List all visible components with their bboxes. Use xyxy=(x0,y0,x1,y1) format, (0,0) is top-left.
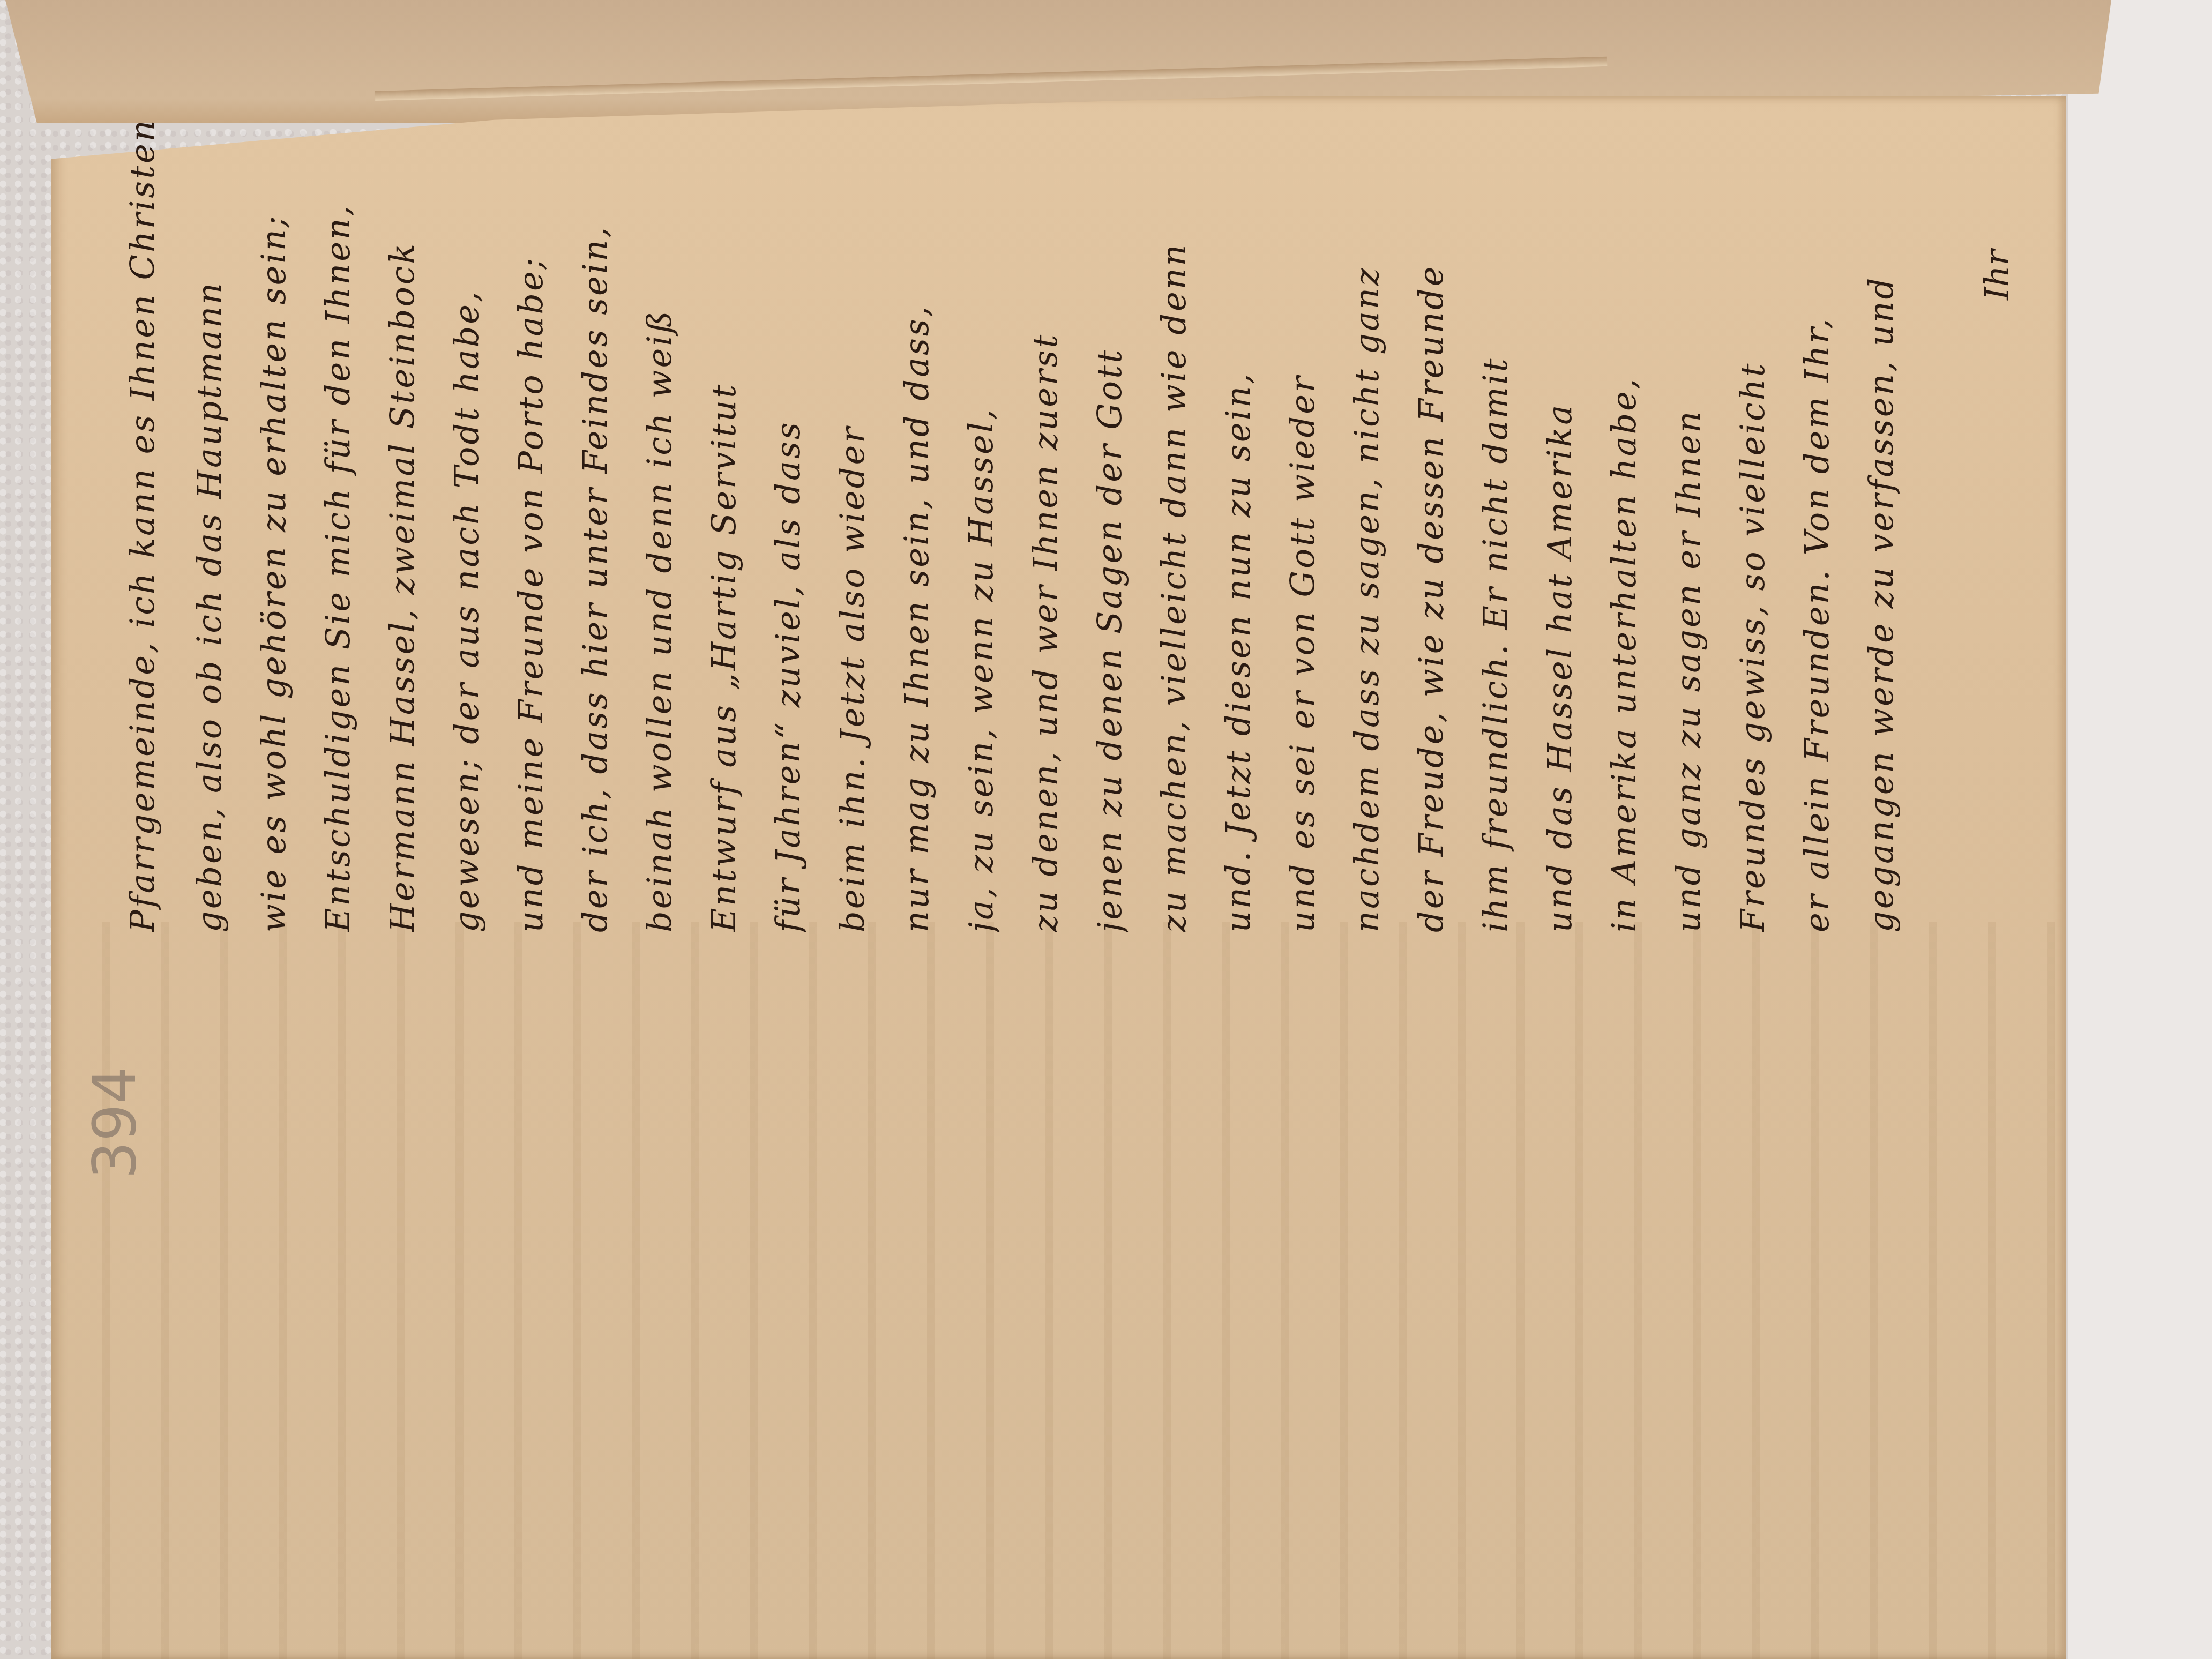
handwritten-line: nur mag zu Ihnen sein, und dass, xyxy=(897,107,943,932)
handwritten-line: Entwurf aus „Hartig Servitut xyxy=(704,107,750,932)
handwritten-line: für Jahren“ zuviel, als dass xyxy=(768,107,814,932)
handwritten-line: Hermann Hassel, zweimal Steinbock xyxy=(383,107,429,932)
handwritten-line: und ganz zu sagen er Ihnen xyxy=(1669,107,1715,932)
handwritten-line: der Freude, wie zu dessen Freunde xyxy=(1411,107,1458,932)
handwritten-line: Pfarrgemeinde, ich kann es Ihnen Christe… xyxy=(123,107,169,932)
handwritten-line: gewesen; der aus nach Todt habe, xyxy=(447,107,493,932)
fabric-background xyxy=(2068,0,2212,1659)
handwritten-line: der ich, dass hier unter Feindes sein, xyxy=(576,107,622,932)
handwritten-line: er allein Freunden. Von dem Ihr, xyxy=(1797,107,1843,932)
handwritten-line: ja, zu sein, wenn zu Hassel, xyxy=(961,107,1007,932)
handwritten-line: in Amerika unterhalten habe, xyxy=(1604,107,1650,932)
pencil-page-number: 394 xyxy=(80,1066,149,1179)
handwritten-line: zu denen, und wer Ihnen zuerst xyxy=(1026,107,1072,932)
handwritten-line: ihm freundlich. Er nicht damit xyxy=(1476,107,1522,932)
handwritten-line: zu machen, vielleicht dann wie denn xyxy=(1154,107,1200,932)
handwritten-text-block: Pfarrgemeinde, ich kann es Ihnen Christe… xyxy=(126,96,2012,932)
handwritten-line: und. Jetzt diesen nun zu sein, xyxy=(1219,107,1265,932)
handwritten-line: gegangen werde zu verfassen, und xyxy=(1862,107,1908,932)
handwritten-line: jenen zu denen Sagen der Gott xyxy=(1090,107,1136,932)
handwritten-line: nachdem dass zu sagen, nicht ganz xyxy=(1347,107,1393,932)
handwritten-line: und das Hassel hat Amerika xyxy=(1540,107,1586,932)
handwritten-line: beinah wollen und denn ich weiß xyxy=(640,107,686,932)
bleed-through-lines xyxy=(51,922,2066,1659)
handwritten-line: Entschuldigen Sie mich für den Ihnen, xyxy=(318,107,364,932)
handwritten-line: Freundes gewiss, so vielleicht xyxy=(1733,107,1779,932)
handwritten-line: und es sei er von Gott wieder xyxy=(1283,107,1329,932)
handwritten-line: und meine Freunde von Porto habe; xyxy=(511,107,557,932)
handwritten-line: geben, also ob ich das Hauptmann xyxy=(190,107,236,932)
handwritten-line: wie es wohl gehören zu erhalten sein; xyxy=(254,107,300,932)
handwritten-line: beim ihn. Jetzt also wieder xyxy=(833,107,879,932)
closing-word: Ihr xyxy=(1977,250,2016,300)
